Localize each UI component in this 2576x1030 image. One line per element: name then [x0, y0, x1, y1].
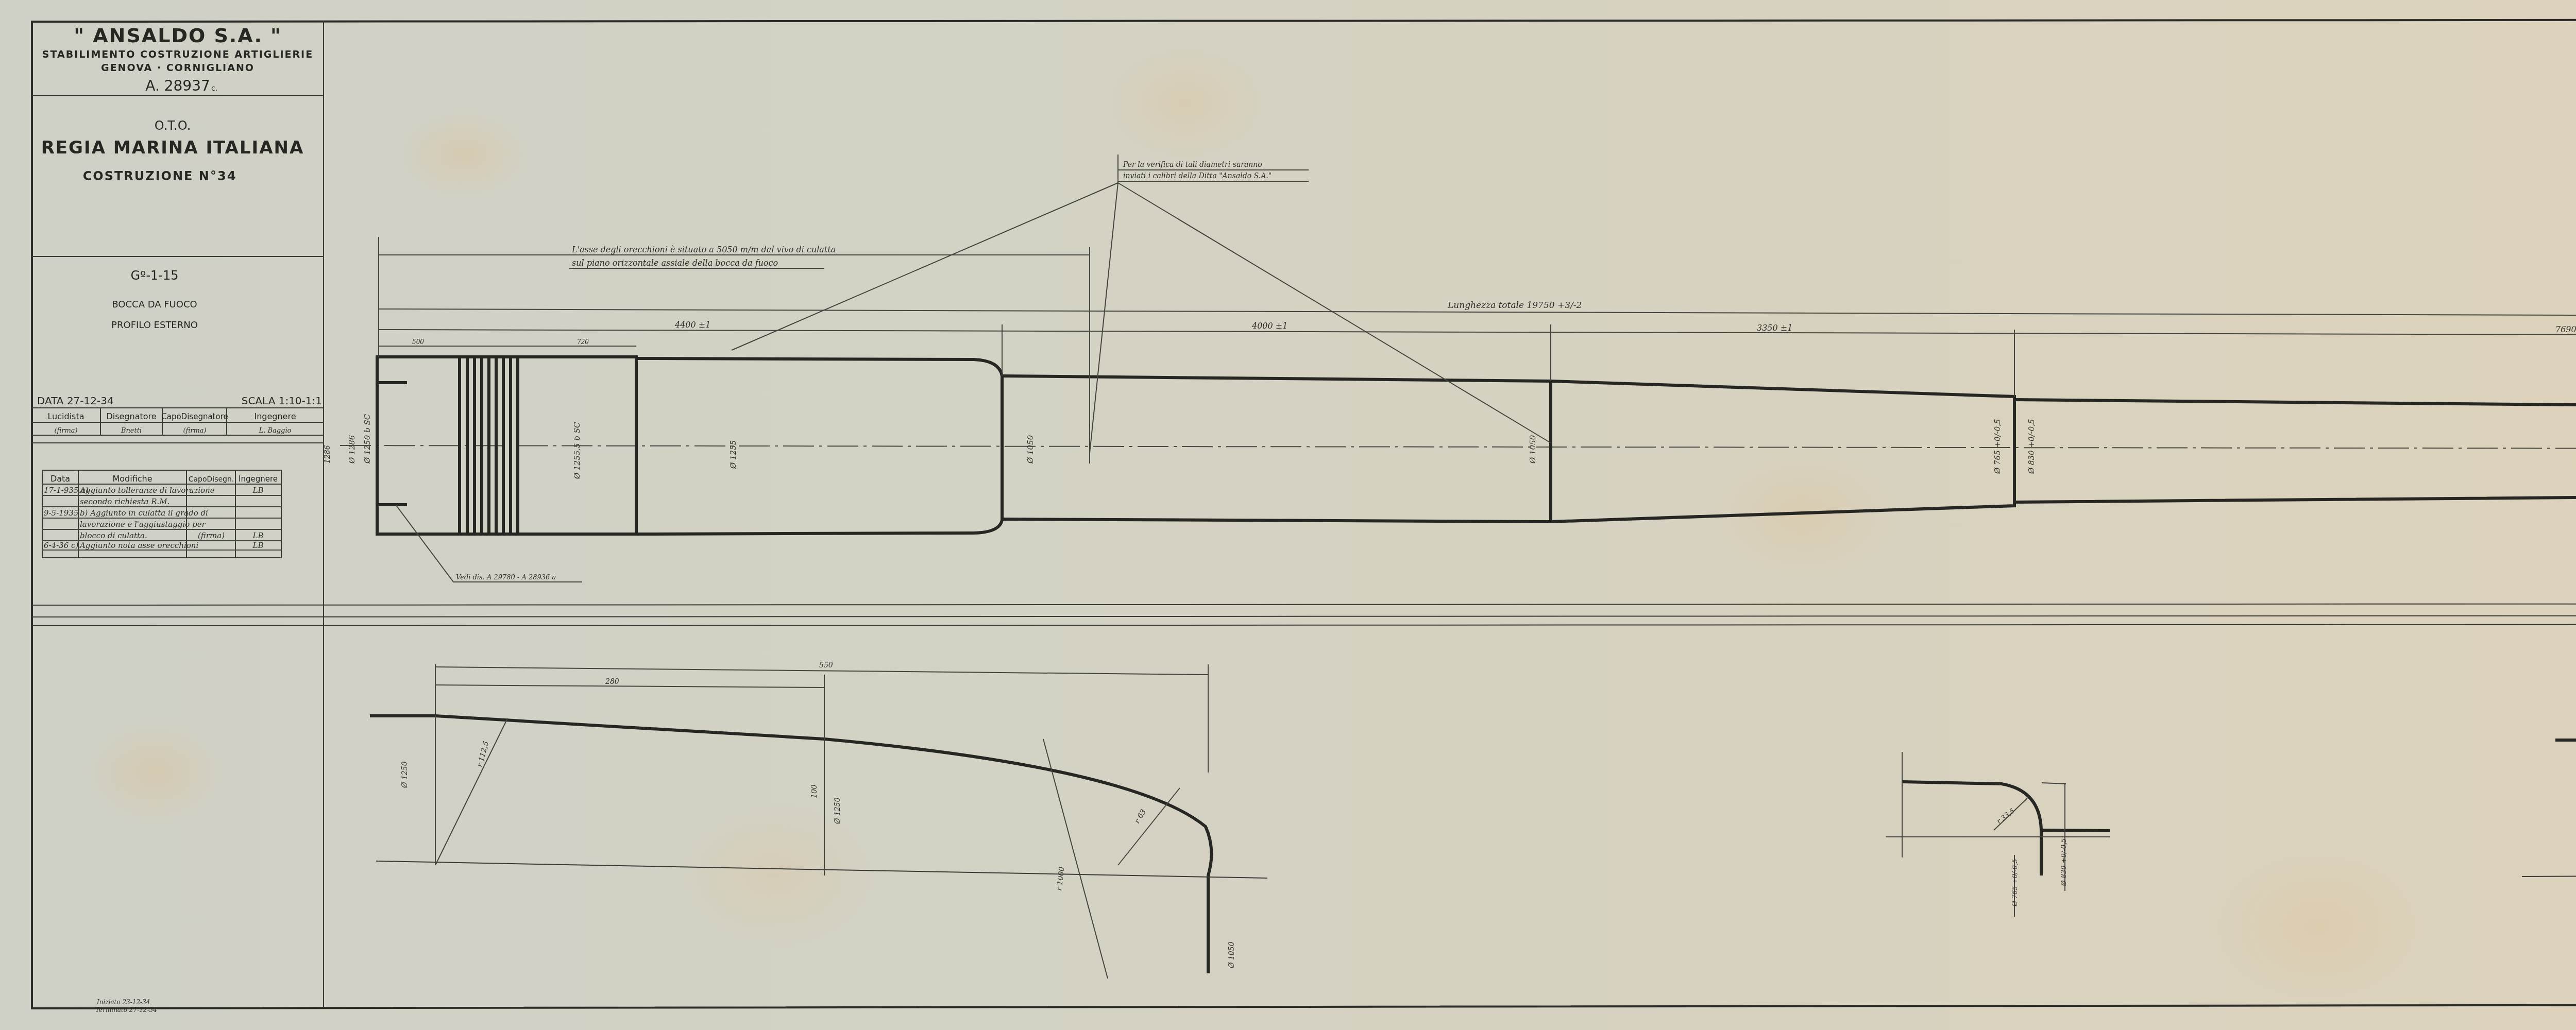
- sig-header-ingegnere: Ingegnere: [254, 411, 296, 421]
- detail-a-d1250: Ø 1250: [401, 761, 409, 788]
- dim-total-length-label: Lunghezza totale 19750 +3/-2: [1447, 300, 1582, 311]
- breech-section: [377, 357, 636, 534]
- svg-text:9-5-1935: 9-5-1935: [44, 508, 78, 518]
- rev-header-data: Data: [50, 474, 70, 484]
- dim-d1250: Ø 1250 b SC: [363, 414, 372, 464]
- dim-breech-500: 500: [412, 338, 424, 346]
- detail-b-r335: r 33,5: [1995, 807, 2016, 826]
- dim-seg2-label: 4000 ±1: [1251, 321, 1287, 331]
- detail-b-d765: Ø 765 +0/-0,5: [2011, 859, 2019, 907]
- note-trunnion-1: L'asse degli orecchioni è situato a 5050…: [571, 245, 836, 254]
- first-reinforce: [1002, 376, 1551, 522]
- sig-ingegnere: L. Baggio: [259, 427, 292, 435]
- view-name: PROFILO ESTERNO: [111, 320, 198, 331]
- detail-b: r 33,5 Ø 765 +0/-0,5 Ø 830 +0/-0,5: [1886, 752, 2110, 917]
- dim-d830: Ø 830 +0/-0,5: [2027, 419, 2036, 474]
- sig-header-disegnatore: Disegnatore: [106, 411, 156, 421]
- tracing-finished: Terminato 27-12-34: [95, 1006, 157, 1014]
- detail-b-profile: [1902, 782, 2041, 875]
- dim-seg1-label: 4400 ±1: [674, 320, 710, 330]
- drawing-suffix: c.: [211, 84, 217, 93]
- org-label: O.T.O.: [155, 118, 191, 133]
- dim-d765: Ø 765 +0/-0,5: [1993, 419, 2002, 474]
- detail-a-100: 100: [810, 784, 819, 798]
- muzzle-chase: [2014, 400, 2576, 502]
- revision-row: blocco di culatta. (firma) LB: [80, 531, 263, 540]
- dim-breech-720: 720: [577, 338, 589, 346]
- svg-text:Aggiunto tolleranze di lavoraz: Aggiunto tolleranze di lavorazione: [79, 486, 215, 495]
- rev-header-capo: CapoDisegn.: [189, 475, 234, 484]
- drawing-scale: SCALA 1:10-1:1: [242, 394, 322, 407]
- revision-row: 6-4-36 c) Aggiunto nota asse orecchioni …: [44, 541, 263, 550]
- detail-c-profile: [2555, 699, 2576, 874]
- detail-a-r1125: r 112,5: [476, 740, 490, 768]
- company-division: STABILIMENTO COSTRUZIONE ARTIGLIERIE: [42, 49, 313, 60]
- revision-row: 9-5-1935 b) Aggiunto in culatta il grado…: [44, 508, 208, 518]
- drawing-date: DATA 27-12-34: [37, 394, 114, 407]
- svg-text:LB: LB: [252, 486, 264, 495]
- tracing-started: Iniziato 23-12-34: [96, 999, 150, 1006]
- side-note: 1286: [324, 445, 332, 463]
- note-see-drawing: Vedi dis. A 29780 - A 28936 a: [456, 574, 556, 581]
- gauge-leader: [732, 183, 1551, 453]
- svg-text:Aggiunto nota asse orecchioni: Aggiunto nota asse orecchioni: [79, 541, 198, 550]
- note-gauge-1: Per la verifica di tali diametri saranno: [1123, 161, 1262, 169]
- barrel-profile: Per la verifica di tali diametri saranno…: [340, 154, 2576, 582]
- drawing-number: A. 28937: [145, 77, 210, 94]
- sheet-border: [32, 20, 2576, 1008]
- detail-a-d1250b: Ø 1250: [834, 797, 842, 825]
- detail-a-d1050: Ø 1050: [1228, 941, 1236, 969]
- svg-text:b) Aggiunto in culatta il grad: b) Aggiunto in culatta il grado di: [80, 508, 208, 518]
- revision-row: secondo richiesta R.M.: [80, 497, 170, 506]
- svg-text:LB: LB: [252, 531, 264, 540]
- taper-section: [1551, 381, 2014, 522]
- technical-drawing: " ANSALDO S.A. " STABILIMENTO COSTRUZION…: [0, 0, 2576, 1030]
- dim-d1255b: Ø 1255: [728, 440, 738, 469]
- detail-b-d830: Ø 830 +0/-0,5: [2060, 838, 2068, 886]
- svg-text:lavorazione e l'aggiustaggio p: lavorazione e l'aggiustaggio per: [80, 520, 206, 529]
- dim-d1286: Ø 1286: [347, 435, 357, 464]
- signature-table: Lucidista Disegnatore CapoDisegnatore In…: [32, 408, 324, 443]
- dim-seg3-label: 3350 ±1: [1757, 323, 1792, 333]
- breech-rings: [460, 355, 518, 536]
- separator-line: [32, 615, 2576, 617]
- part-code: Gº-1-15: [130, 268, 178, 283]
- note-trunnion-2: sul piano orizzontale assiale della bocc…: [572, 258, 778, 268]
- dim-d1255: Ø 1255,5 b SC: [572, 422, 582, 479]
- detail-c: 310 ±0,5 r 40 r 40 r 18 Ø 570 +0/-0,5 Ø …: [2522, 649, 2576, 886]
- detail-a-280: 280: [605, 678, 619, 686]
- separator-line: [32, 604, 2576, 605]
- svg-text:6-4-36 c): 6-4-36 c): [44, 541, 78, 550]
- construction-number: COSTRUZIONE N°34: [83, 169, 237, 183]
- detail-a-profile: [370, 716, 1211, 973]
- sig-header-lucidista: Lucidista: [47, 411, 84, 421]
- detail-a-r63: r 63: [1133, 808, 1148, 825]
- separator-line: [32, 624, 2576, 626]
- detail-a-r1000: r 1000: [1055, 866, 1066, 891]
- dim-d1050a: Ø 1050: [1026, 435, 1035, 464]
- barrel-centerline: [340, 445, 2576, 449]
- svg-text:secondo richiesta R.M.: secondo richiesta R.M.: [80, 497, 170, 506]
- sig-capo: (firma): [183, 427, 206, 435]
- note-gauge-2: inviati i calibri della Ditta "Ansaldo S…: [1123, 172, 1272, 180]
- detail-a-550: 550: [819, 661, 833, 669]
- client-name: REGIA MARINA ITALIANA: [41, 138, 304, 158]
- sig-header-capo: CapoDisegnatore: [161, 412, 228, 421]
- dim-segments: [379, 330, 2576, 336]
- company-location: GENOVA · CORNIGLIANO: [101, 62, 255, 74]
- company-name: " ANSALDO S.A. ": [74, 24, 282, 47]
- title-block: " ANSALDO S.A. " STABILIMENTO COSTRUZION…: [32, 24, 324, 1014]
- revision-table: Data Modifiche CapoDisegn. Ingegnere 17-…: [42, 470, 281, 558]
- dim-seg4-label: 7690 ±2: [2555, 324, 2576, 334]
- sig-lucidista: (firma): [54, 427, 77, 435]
- dim-d1050b: Ø 1050: [1528, 435, 1537, 464]
- drawing-sheet: " ANSALDO S.A. " STABILIMENTO COSTRUZION…: [0, 0, 2576, 1030]
- detail-a: 550 280 Ø 1250 r 112,5 100 Ø 1250 r 1000…: [370, 661, 1267, 978]
- revision-row: 17-1-935 a) Aggiunto tolleranze di lavor…: [44, 486, 263, 495]
- svg-text:blocco di culatta.: blocco di culatta.: [80, 531, 147, 540]
- rev-header-ingegnere: Ingegnere: [239, 474, 278, 484]
- sig-disegnatore: Bnetti: [121, 427, 142, 435]
- revision-row: lavorazione e l'aggiustaggio per: [80, 520, 206, 529]
- svg-text:LB: LB: [252, 541, 264, 550]
- svg-text:(firma): (firma): [198, 531, 225, 540]
- part-name: BOCCA DA FUOCO: [112, 299, 197, 310]
- rev-header-modifiche: Modifiche: [112, 474, 152, 484]
